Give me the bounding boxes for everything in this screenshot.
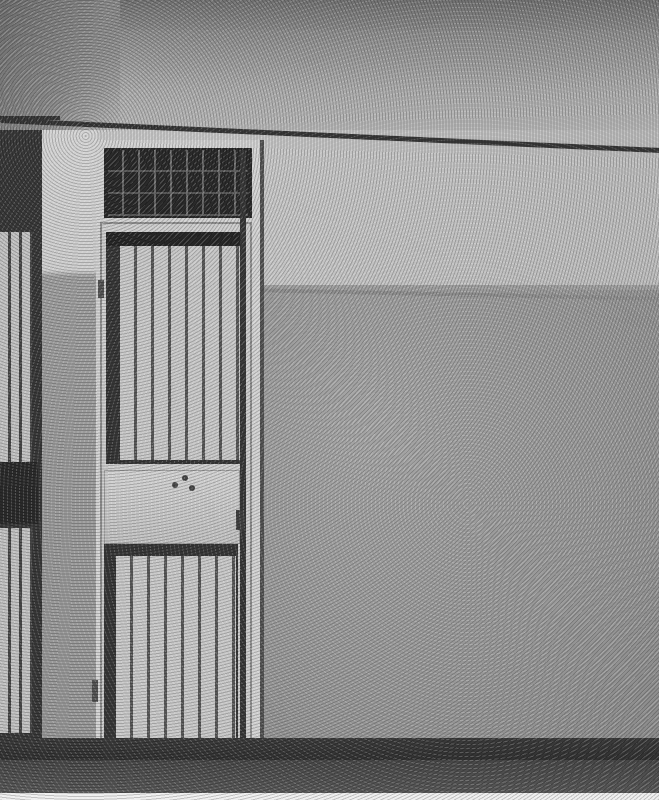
photo-scene: Black-and-white photograph of an interio… bbox=[0, 0, 659, 800]
film-grain bbox=[0, 0, 659, 800]
